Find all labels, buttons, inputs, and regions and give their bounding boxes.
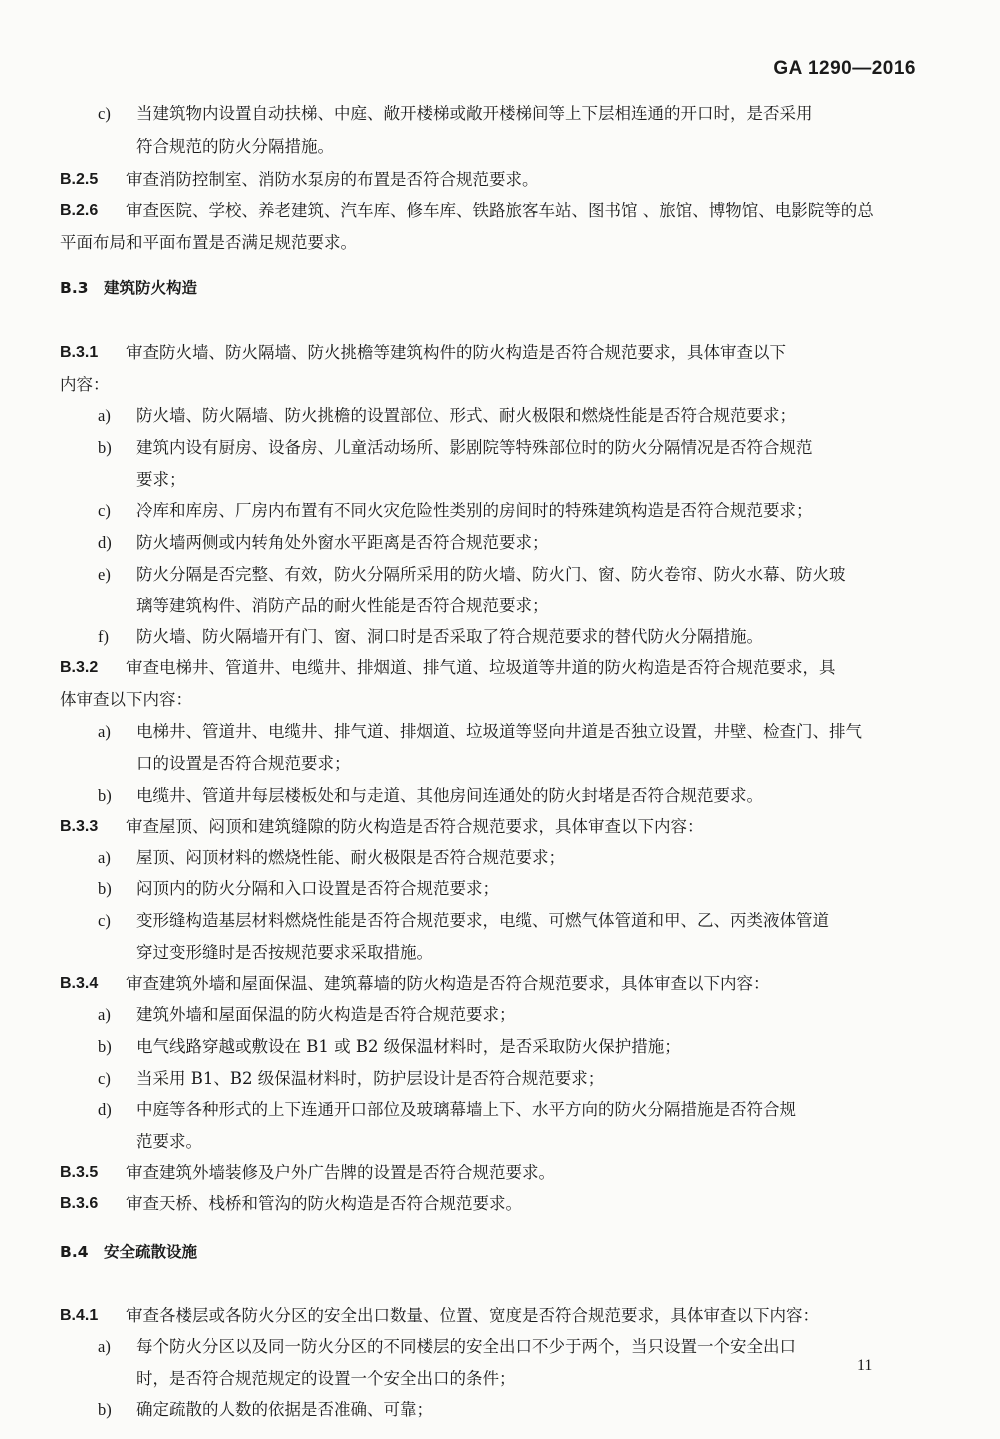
- line-text: 内容：: [60, 374, 110, 396]
- line-text: 审查电梯井、管道井、电缆井、排烟道、排气道、垃圾道等井道的防火构造是否符合规范要…: [126, 657, 836, 679]
- list-label: c): [98, 500, 111, 522]
- line-text: 审查建筑外墙和屋面保温、建筑幕墙的防火构造是否符合规范要求，具体审查以下内容：: [126, 973, 770, 995]
- line-text: 建筑外墙和屋面保温的防火构造是否符合规范要求；: [136, 1004, 516, 1026]
- list-label: c): [98, 910, 111, 932]
- line-text: 体审查以下内容：: [60, 689, 192, 711]
- list-label: b): [98, 1036, 112, 1058]
- line-text: 审查消防控制室、消防水泵房的布置是否符合规范要求。: [126, 169, 539, 191]
- line-text: 屋顶、闷顶材料的燃烧性能、耐火极限是否符合规范要求；: [136, 847, 565, 869]
- clause-number: B.3.4: [60, 973, 98, 995]
- clause-number: B.3.3: [60, 816, 98, 838]
- list-label: d): [98, 1099, 112, 1121]
- line-text: 审查天桥、栈桥和管沟的防火构造是否符合规范要求。: [126, 1193, 522, 1215]
- clause-number: B.3.5: [60, 1162, 98, 1184]
- line-text: 防火墙、防火隔墙、防火挑檐的设置部位、形式、耐火极限和燃烧性能是否符合规范要求；: [136, 405, 796, 427]
- heading-text: B.3 建筑防火构造: [60, 277, 197, 299]
- list-label: f): [98, 626, 109, 648]
- list-label: a): [98, 405, 111, 427]
- list-label: c): [98, 1068, 111, 1090]
- clause-number: B.2.6: [60, 200, 98, 222]
- line-text: 变形缝构造基层材料燃烧性能是否符合规范要求，电缆、可燃气体管道和甲、乙、丙类液体…: [136, 910, 829, 932]
- line-text: 时，是否符合规范规定的设置一个安全出口的条件；: [136, 1368, 516, 1390]
- list-label: b): [98, 1399, 112, 1421]
- line-text: 要求；: [136, 469, 186, 491]
- line-text: 当建筑物内设置自动扶梯、中庭、敞开楼梯或敞开楼梯间等上下层相连通的开口时，是否采…: [136, 103, 813, 125]
- line-text: 防火墙两侧或内转角处外窗水平距离是否符合规范要求；: [136, 532, 549, 554]
- line-text: 符合规范的防火分隔措施。: [136, 136, 334, 158]
- list-label: a): [98, 847, 111, 869]
- list-label: b): [98, 878, 112, 900]
- list-label: c): [98, 103, 111, 125]
- list-label: a): [98, 1004, 111, 1026]
- line-text: 中庭等各种形式的上下连通开口部位及玻璃幕墙上下、水平方向的防火分隔措施是否符合规: [136, 1099, 796, 1121]
- document-code-header: GA 1290—2016: [773, 58, 916, 80]
- line-text: 范要求。: [136, 1131, 202, 1153]
- list-label: b): [98, 785, 112, 807]
- line-text: 审查各楼层或各防火分区的安全出口数量、位置、宽度是否符合规范要求，具体审查以下内…: [126, 1305, 819, 1327]
- page-number: 11: [857, 1357, 872, 1375]
- line-text: 平面布局和平面布置是否满足规范要求。: [60, 232, 357, 254]
- document-page: GA 1290—2016 c)当建筑物内设置自动扶梯、中庭、敞开楼梯或敞开楼梯间…: [0, 0, 1000, 1439]
- list-label: a): [98, 1336, 111, 1358]
- line-text: 当采用 B1、B2 级保温材料时，防护层设计是否符合规范要求；: [136, 1068, 604, 1090]
- clause-number: B.3.6: [60, 1193, 98, 1215]
- clause-number: B.4.1: [60, 1305, 98, 1327]
- line-text: 电梯井、管道井、电缆井、排气道、排烟道、垃圾道等竖向井道是否独立设置，井壁、检查…: [136, 721, 862, 743]
- list-label: d): [98, 532, 112, 554]
- line-text: 建筑内设有厨房、设备房、儿童活动场所、影剧院等特殊部位时的防火分隔情况是否符合规…: [136, 437, 813, 459]
- clause-number: B.3.2: [60, 657, 98, 679]
- line-text: 防火分隔是否完整、有效，防火分隔所采用的防火墙、防火门、窗、防火卷帘、防火水幕、…: [136, 564, 846, 586]
- list-label: b): [98, 437, 112, 459]
- line-text: 每个防火分区以及同一防火分区的不同楼层的安全出口不少于两个，当只设置一个安全出口: [136, 1336, 796, 1358]
- line-text: 审查防火墙、防火隔墙、防火挑檐等建筑构件的防火构造是否符合规范要求，具体审查以下: [126, 342, 786, 364]
- line-text: 确定疏散的人数的依据是否准确、可靠；: [136, 1399, 433, 1421]
- clause-number: B.2.5: [60, 169, 98, 191]
- line-text: 穿过变形缝时是否按规范要求采取措施。: [136, 942, 433, 964]
- list-label: e): [98, 564, 111, 586]
- line-text: 电缆井、管道井每层楼板处和与走道、其他房间连通处的防火封堵是否符合规范要求。: [136, 785, 763, 807]
- heading-text: B.4 安全疏散设施: [60, 1241, 197, 1263]
- clause-number: B.3.1: [60, 342, 98, 364]
- line-text: 闷顶内的防火分隔和入口设置是否符合规范要求；: [136, 878, 499, 900]
- line-text: 冷库和库房、厂房内布置有不同火灾危险性类别的房间时的特殊建筑构造是否符合规范要求…: [136, 500, 813, 522]
- line-text: 璃等建筑构件、消防产品的耐火性能是否符合规范要求；: [136, 595, 549, 617]
- line-text: 审查屋顶、闷顶和建筑缝隙的防火构造是否符合规范要求，具体审查以下内容：: [126, 816, 704, 838]
- line-text: 电气线路穿越或敷设在 B1 或 B2 级保温材料时，是否采取防火保护措施；: [136, 1036, 681, 1058]
- line-text: 审查建筑外墙装修及户外广告牌的设置是否符合规范要求。: [126, 1162, 555, 1184]
- line-text: 口的设置是否符合规范要求；: [136, 753, 351, 775]
- line-text: 审查医院、学校、养老建筑、汽车库、修车库、铁路旅客车站、图书馆 、旅馆、博物馆、…: [126, 200, 874, 222]
- line-text: 防火墙、防火隔墙开有门、窗、洞口时是否采取了符合规范要求的替代防火分隔措施。: [136, 626, 763, 648]
- list-label: a): [98, 721, 111, 743]
